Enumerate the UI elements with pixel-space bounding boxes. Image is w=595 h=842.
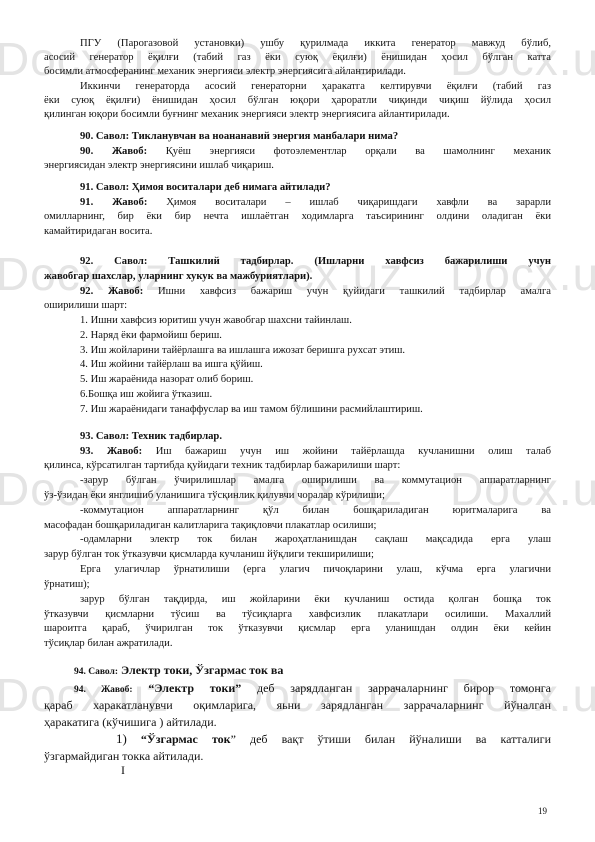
answer-label: 92. Жавоб: xyxy=(80,286,143,297)
question-93: 93. Савол: Техник тадбирлар. xyxy=(44,430,551,444)
question-label: 94. Савол: xyxy=(74,667,118,677)
paragraph-line: шароитга қараб, ўчирилган ток ўтказувчи … xyxy=(44,622,551,636)
paragraph-line: зарур бўлган ток ўтказувчи қисмларда куч… xyxy=(44,548,551,562)
paragraph-line: камайтиридаган восита. xyxy=(44,225,551,239)
answer-text: деб зарядланган заррачаларнинг бирор том… xyxy=(241,681,551,695)
question-91: 91. Савол: Ҳимоя воситалари деб нимага а… xyxy=(44,181,551,195)
paragraph-line: -одамларни электр ток билан жароҳатланиш… xyxy=(44,533,551,547)
answer-text: Иш бажариш учун иш жойини тайёрлашда куч… xyxy=(142,446,551,457)
paragraph-line: қараб харакатланувчи оқимларига, яьни за… xyxy=(44,697,551,713)
page-number: 19 xyxy=(538,806,547,816)
paragraph-line: оширилиши шарт: xyxy=(44,299,551,313)
answer-text: Ишни хавфсиз бажариш учун қуйидаги ташки… xyxy=(143,286,551,297)
answer-94: 94. Жавоб: “Электр токи” деб зарядланган… xyxy=(44,680,551,698)
question-94: 94. Савол: Электр токи, Ўзгармас ток ва xyxy=(44,663,551,679)
answer-label: 94. Жавоб: xyxy=(74,685,133,695)
item-text: ” деб вақт ўтиши билан йўналиши ва катта… xyxy=(231,732,551,746)
answer-label: 93. Жавоб: xyxy=(80,446,142,457)
paragraph-line: ўз-ўзидан ёки янглишиб уланишига тўсқинл… xyxy=(44,489,551,503)
question-90: 90. Савол: Тикланувчан ва ноананавий эне… xyxy=(44,130,551,144)
answer-92: 92. Жавоб: Ишни хавфсиз бажариш учун қуй… xyxy=(44,285,551,299)
answer-90: 90. Жавоб: Қуёш энергияси фотоэлементлар… xyxy=(44,145,551,159)
list-item: 1) “Ўзгармас ток” деб вақт ўтиши билан й… xyxy=(44,731,551,747)
paragraph-line: ҳаракатига (кўчишига ) айтилади. xyxy=(44,714,551,730)
list-item: 2. Наряд ёки фармойиш бериш. xyxy=(44,329,551,343)
paragraph-line: -коммутацион аппаратларнинг қўл билан бо… xyxy=(44,504,551,518)
paragraph-line: Ерга улагичлар ўрнатилиши (ерга улагич п… xyxy=(44,563,551,577)
paragraph-line: ПГУ (Парогазовой установки) ушбу қурилма… xyxy=(44,37,551,51)
answer-term: “Электр токи” xyxy=(133,681,242,695)
question-92: 92. Савол: Ташкилий тадбирлар. (Ишларни … xyxy=(44,255,551,269)
question-92-cont: жавобгар шахслар, уларнинг хукук ва мажб… xyxy=(44,270,551,284)
answer-93: 93. Жавоб: Иш бажариш учун иш жойини тай… xyxy=(44,445,551,459)
answer-label: 90. Жавоб: xyxy=(80,146,147,157)
paragraph-line: омилларнинг, бир ёки бир нечта ишлаётган… xyxy=(44,210,551,224)
list-item: 5. Иш жараёнида назорат олиб бориш. xyxy=(44,373,551,387)
answer-label: 91. Жавоб: xyxy=(80,197,147,208)
paragraph-line: тўсиқлар билан ажратилади. xyxy=(44,637,551,651)
paragraph-line: ёки суюқ ёқилғи) ёнишидан ҳосил бўлган ю… xyxy=(44,94,551,108)
list-item: 3. Иш жойларини тайёрлашга ва ишлашга иж… xyxy=(44,344,551,358)
paragraph-line: зарур бўлган тақдирда, иш жойларини ёки … xyxy=(44,593,551,607)
answer-text: Қуёш энергияси фотоэлементлар орқали ва … xyxy=(147,146,551,157)
paragraph-line: масофадан бошқариладиган калитларига тақ… xyxy=(44,519,551,533)
answer-91: 91. Жавоб: Ҳимоя воситалари – ишлаб чиқа… xyxy=(44,196,551,210)
paragraph-line: босимли атмосферанинг механик энергияси … xyxy=(44,65,551,79)
item-term: “Ўзгармас ток xyxy=(127,732,231,746)
paragraph-line: ўзгармайдиган токка айтилади. xyxy=(44,748,551,764)
item-number: 1) xyxy=(116,731,127,746)
paragraph-line: ўрнатиш); xyxy=(44,578,551,592)
list-item: 4. Иш жойини тайёрлаш ва ишга қўйиш. xyxy=(44,358,551,372)
list-item: 6.Бошқа иш жойига ўтказиш. xyxy=(44,388,551,402)
list-item: 7. Иш жараёнидаги танаффуслар ва иш тамо… xyxy=(44,403,551,417)
question-text: Электр токи, Ўзгармас ток ва xyxy=(118,663,283,677)
paragraph-line: Иккинчи генераторда асосий генераторни ҳ… xyxy=(44,80,551,94)
paragraph-line: энергиясидан электр энергиясини ишлаб чи… xyxy=(44,159,551,173)
text-cursor-icon: I xyxy=(121,763,125,778)
paragraph-line: асосий генератор ёқилғи (табий газ ёки с… xyxy=(44,51,551,65)
paragraph-line: -зарур бўлган ўчирилишлар амалга оширили… xyxy=(44,474,551,488)
paragraph-line: қилинса, кўрсатилган тартибда қуйидаги т… xyxy=(44,459,551,473)
paragraph-line: ўтказувчи қисмларни тўсиш ва тўсиқларга … xyxy=(44,608,551,622)
answer-text: Ҳимоя воситалари – ишлаб чиқаришдаги хав… xyxy=(147,197,551,208)
paragraph-line: қилинган юқори босимли буғнинг механик э… xyxy=(44,108,551,122)
list-item: 1. Ишни хавфсиз юритиш учун жавобгар шах… xyxy=(44,314,551,328)
